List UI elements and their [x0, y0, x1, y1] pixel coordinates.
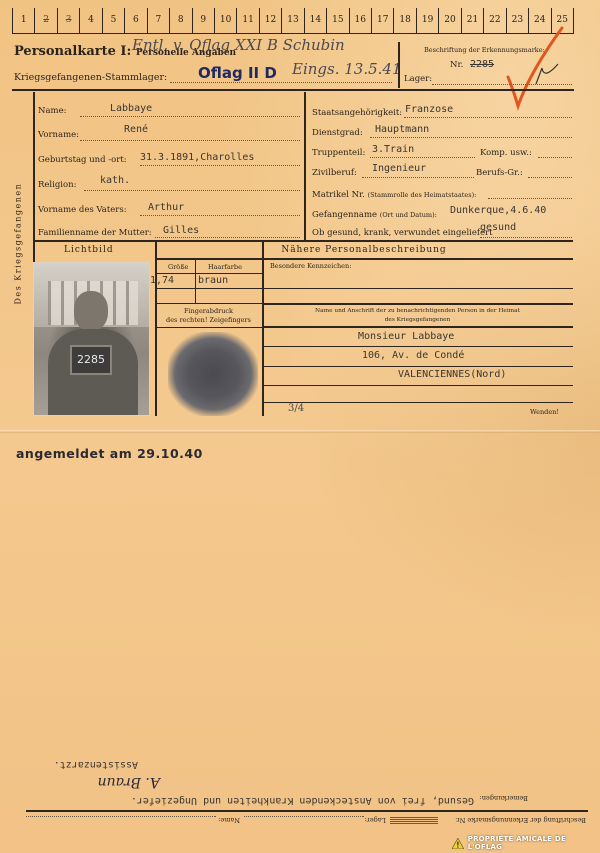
nr-label: Nr. — [450, 60, 463, 70]
inv-beschriftung-label: Beschriftung der Erkennungsmarke Nr. — [455, 816, 586, 824]
wenden-label: Wenden! — [530, 408, 559, 416]
field-line — [140, 165, 300, 166]
field-dienstgrad-label: Dienstgrad: — [312, 128, 363, 138]
fold-line — [0, 430, 600, 433]
beschriftung-label: Beschriftung der Erkennungsmarke: — [424, 46, 545, 54]
number-cell: 4 — [79, 8, 101, 33]
field-truppenteil-value: 3.Train — [372, 144, 414, 155]
table-rule — [155, 327, 262, 328]
field-vorname-label: Vorname: — [38, 130, 79, 140]
section-rule — [262, 385, 573, 386]
description-header: Nähere Personalbeschreibung — [155, 245, 573, 255]
inv-scratched-number — [390, 816, 438, 824]
field-line — [370, 137, 572, 138]
field-dienstgrad-value: Hauptmann — [375, 124, 429, 135]
field-line — [488, 198, 572, 199]
field-staat-label: Staatsangehörigkeit: — [312, 108, 402, 118]
field-vater-value: Arthur — [148, 202, 184, 213]
inv-signature: A. Braun — [98, 774, 160, 790]
section-rule — [262, 346, 573, 347]
section-rule — [262, 288, 573, 289]
number-cell: 20 — [438, 8, 460, 33]
inverted-back-section: Beschriftung der Erkennungsmarke Nr. Lag… — [0, 738, 600, 826]
groesse-value: 1,74 — [150, 275, 174, 286]
field-gefangennahme-value: Dunkerque,4.6.40 — [450, 205, 546, 216]
lager-line — [432, 84, 572, 85]
fraction-note: 3/4 — [288, 403, 304, 414]
table-right-border — [262, 242, 264, 416]
table-rule — [155, 303, 262, 304]
field-vater-label: Vorname des Vaters: — [38, 205, 127, 215]
stammlager-label: Kriegsgefangenen-Stammlager: — [14, 72, 167, 83]
table-divider — [195, 259, 196, 303]
contact-header-2: des Kriegsgefangenen — [262, 317, 573, 323]
watermark: PROPRIÉTÉ AMICALE DE L'OFLAG — [452, 835, 600, 851]
section-rule — [262, 303, 573, 305]
handwritten-eingang-note: Eings. 13.5.41 — [292, 60, 402, 78]
field-mutter-value: Gilles — [163, 225, 199, 236]
field-zivilberuf-value: Ingenieur — [372, 163, 426, 174]
contact-header-1: Name und Anschrift der zu benachrichtige… — [262, 308, 573, 314]
nr-value: 2285 — [470, 59, 494, 70]
number-cell: 18 — [393, 8, 415, 33]
finger-label-2: des rechten! Zeigefingers — [155, 316, 262, 324]
field-komp-label: Komp. usw.: — [480, 148, 532, 158]
stammlager-line — [170, 82, 392, 83]
description-header-rule — [155, 258, 573, 260]
field-line — [538, 157, 572, 158]
contact-line-3: VALENCIENNES(Nord) — [398, 369, 506, 380]
field-religion-value: kath. — [100, 175, 130, 186]
number-cell: 13 — [281, 8, 303, 33]
photo-slate: 2285 — [70, 345, 112, 375]
inv-name-label: Name: — [218, 816, 240, 824]
number-cell: 16 — [349, 8, 371, 33]
lichtbild-header: Lichtbild — [64, 245, 114, 255]
field-gesund-label: Ob gesund, krank, verwundet eingeliefert — [312, 228, 493, 238]
watermark-text: PROPRIÉTÉ AMICALE DE L'OFLAG — [468, 835, 600, 851]
frame-middle — [304, 92, 306, 240]
section-rule — [262, 402, 573, 403]
field-mutter-label: Familienname der Mutter: — [38, 228, 152, 238]
stammlager-stamp: Oflag II D — [198, 64, 277, 82]
field-line — [140, 215, 300, 216]
inv-signature-title: Assistenzarzt. — [54, 759, 138, 770]
contact-line-2: 106, Av. de Condé — [362, 350, 464, 361]
haarfarbe-value: braun — [198, 275, 228, 286]
field-vorname-value: René — [124, 124, 148, 135]
contact-line-1: Monsieur Labbaye — [358, 331, 454, 342]
field-line — [370, 157, 475, 158]
field-line — [155, 237, 300, 238]
fingerprint-image — [168, 332, 258, 416]
groesse-label: Größe — [168, 263, 188, 271]
field-line — [80, 140, 300, 141]
field-geburt-value: 31.3.1891,Charolles — [140, 152, 254, 163]
number-cell: 3 — [57, 8, 79, 33]
number-cell: 10 — [214, 8, 236, 33]
number-cell: 21 — [461, 8, 483, 33]
field-gesund-value: gesund — [480, 222, 516, 233]
field-matrikel-label: Matrikel Nr. (Stammrolle des Heimatstaat… — [312, 190, 476, 200]
pencil-tick-icon — [532, 60, 562, 90]
field-line — [528, 177, 572, 178]
field-truppenteil-label: Truppenteil: — [312, 148, 365, 158]
number-cell: 9 — [192, 8, 214, 33]
field-line — [480, 237, 572, 238]
number-cell: 8 — [169, 8, 191, 33]
finger-label-1: Fingerabdruck — [155, 307, 262, 315]
field-line — [80, 116, 300, 117]
field-line — [362, 177, 474, 178]
number-cell: 15 — [326, 8, 348, 33]
inv-remarks-label: Bemerkungen: — [480, 794, 528, 802]
inv-lager-label: Lager: — [365, 816, 387, 824]
number-cell: 5 — [102, 8, 124, 33]
table-rule — [155, 288, 262, 289]
inv-rule — [26, 811, 588, 813]
kennzeichen-label: Besondere Kennzeichen: — [270, 262, 351, 270]
header-bottom-rule — [12, 89, 574, 91]
side-label: Des Kriegsgefangenen — [14, 185, 23, 305]
field-religion-label: Religion: — [38, 180, 76, 190]
field-line — [84, 190, 300, 191]
registration-stamp: angemeldet am 29.10.40 — [16, 446, 203, 461]
section-rule — [262, 326, 573, 328]
field-staat-value: Franzose — [405, 104, 453, 115]
handwritten-transfer-note: Entl. v. Oflag XXI B Schubin — [132, 36, 345, 54]
number-cell: 2 — [34, 8, 56, 33]
number-cell: 1 — [12, 8, 34, 33]
field-zivilberuf-label: Zivilberuf: — [312, 168, 357, 178]
number-cell: 17 — [371, 8, 393, 33]
number-cell: 11 — [236, 8, 258, 33]
number-cell: 6 — [124, 8, 146, 33]
lager-label: Lager: — [404, 74, 432, 84]
number-cell: 7 — [147, 8, 169, 33]
inv-remarks-text: Gesund, frei von Ansteckenden Krankheite… — [131, 795, 474, 806]
header-divider — [398, 42, 400, 88]
warning-icon — [452, 838, 464, 849]
inv-lager-line — [244, 816, 364, 817]
field-name-label: Name: — [38, 106, 66, 116]
mid-rule — [33, 240, 573, 242]
haarfarbe-label: Haarfarbe — [208, 263, 242, 271]
field-line — [404, 117, 572, 118]
field-berufsgr-label: Berufs-Gr.: — [476, 168, 523, 178]
number-strip: 1234567891011121314151617181920212223242… — [12, 8, 574, 34]
table-rule — [155, 273, 262, 274]
field-name-value: Labbaye — [110, 103, 152, 114]
inv-name-line — [26, 816, 216, 817]
section-rule — [262, 366, 573, 367]
prisoner-photo: 2285 — [33, 262, 150, 416]
field-gefangennahme-label: Gefangenname (Ort und Datum): — [312, 210, 437, 220]
field-geburt-label: Geburtstag und -ort: — [38, 155, 127, 165]
number-cell: 19 — [416, 8, 438, 33]
number-cell: 14 — [304, 8, 326, 33]
number-cell: 12 — [259, 8, 281, 33]
photo-divider — [155, 242, 157, 416]
